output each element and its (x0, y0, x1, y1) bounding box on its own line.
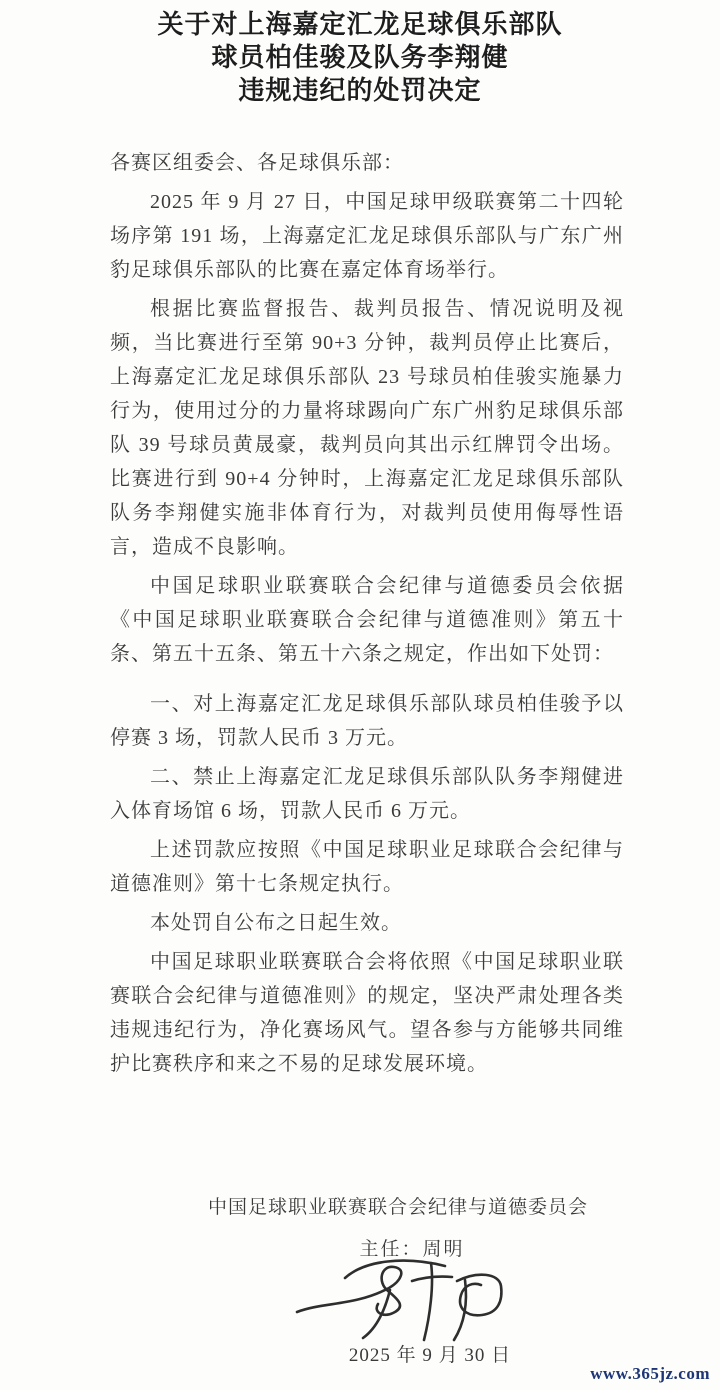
penalty-item-2: 二、禁止上海嘉定汇龙足球俱乐部队队务李翔健进入体育场馆 6 场，罚款人民币 6 … (110, 760, 624, 828)
issue-date: 2025 年 9 月 30 日 (70, 1340, 720, 1367)
title-line-3: 违规违纪的处罚决定 (0, 74, 720, 107)
closing-paragraph-2: 本处罚自公布之日起生效。 (110, 906, 624, 940)
body-paragraph-2: 根据比赛监督报告、裁判员报告、情况说明及视频，当比赛进行至第 90+3 分钟，裁… (110, 292, 624, 564)
document-body: 各赛区组委会、各足球俱乐部： 2025 年 9 月 27 日，中国足球甲级联赛第… (110, 146, 624, 1086)
committee-name: 中国足球职业联赛联合会纪律与道德委员会 (38, 1192, 720, 1219)
body-paragraph-1: 2025 年 9 月 27 日，中国足球甲级联赛第二十四轮场序第 191 场，上… (110, 185, 624, 287)
document-title: 关于对上海嘉定汇龙足球俱乐部队 球员柏佳骏及队务李翔健 违规违纪的处罚决定 (0, 8, 720, 107)
watermark-text: www.365jz.com (590, 1364, 710, 1384)
signature-image (293, 1250, 513, 1345)
salutation: 各赛区组委会、各足球俱乐部： (110, 146, 624, 180)
penalty-item-1: 一、对上海嘉定汇龙足球俱乐部队球员柏佳骏予以停赛 3 场，罚款人民币 3 万元。 (110, 687, 624, 755)
document-page: 关于对上海嘉定汇龙足球俱乐部队 球员柏佳骏及队务李翔健 违规违纪的处罚决定 各赛… (0, 0, 720, 1390)
title-line-1: 关于对上海嘉定汇龙足球俱乐部队 (0, 8, 720, 41)
closing-paragraph-3: 中国足球职业联赛联合会将依照《中国足球职业联赛联合会纪律与道德准则》的规定，坚决… (110, 945, 624, 1081)
title-line-2: 球员柏佳骏及队务李翔健 (0, 41, 720, 74)
body-paragraph-3: 中国足球职业联赛联合会纪律与道德委员会依据《中国足球职业联赛联合会纪律与道德准则… (110, 569, 624, 671)
closing-paragraph-1: 上述罚款应按照《中国足球职业足球联合会纪律与道德准则》第十七条规定执行。 (110, 833, 624, 901)
